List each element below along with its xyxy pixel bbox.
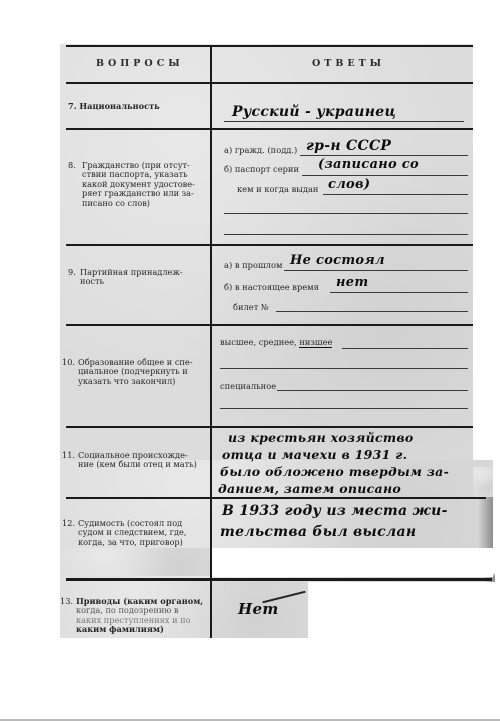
education-special-underline	[277, 390, 468, 391]
row10-bottom-border	[66, 426, 473, 428]
social-origin-line-2: отца и мачехи в 1931 г.	[222, 447, 407, 462]
party-present-value: нет	[336, 275, 368, 290]
issued-by-value: слов)	[328, 177, 370, 192]
question-13: 13.Приводы (каким органом, когда, по под…	[60, 597, 206, 635]
passport-series-underline	[302, 175, 468, 176]
party-present-label: б) в настоящее время	[224, 282, 319, 292]
row11-bottom-border	[66, 497, 486, 499]
party-past-value: Не состоял	[290, 253, 385, 268]
question-7: 7. Национальность	[68, 102, 160, 111]
row12-answer-blank	[212, 548, 493, 577]
passport-series-value: (записано со	[318, 157, 419, 172]
citizenship-label: а) гражд. (подд.)	[224, 145, 297, 155]
question-number: 11.	[62, 451, 78, 460]
question-10: 10.Образование общее и спе- циальное (по…	[62, 358, 206, 386]
question-text-line: когда, за что, приговор)	[62, 538, 206, 547]
question-text-line: ность	[68, 277, 206, 286]
question-9: 9.Партийная принадлеж- ность	[68, 268, 206, 287]
form-sheet-row12-left	[60, 548, 210, 579]
question-text: Национальность	[79, 101, 159, 111]
question-text-line: указать что закончил)	[62, 377, 206, 386]
party-card-underline	[276, 311, 468, 312]
row7-bottom-border	[66, 128, 473, 130]
question-11: 11.Социальное происхожде- ние (кем были …	[62, 451, 206, 470]
header-answers: ОТВЕТЫ	[312, 58, 385, 69]
education-level-underline	[342, 348, 468, 349]
row8-blank-line-2	[224, 234, 468, 235]
criminal-record-line-1: В 1933 году из места жи-	[222, 503, 448, 519]
question-text-line: каким фамилиям)	[60, 625, 206, 634]
question-number: 13.	[60, 597, 76, 606]
party-past-label: а) в прошлом	[224, 260, 282, 270]
row8-bottom-border	[66, 244, 473, 246]
answer-7-nationality: Русский - украинец	[232, 104, 396, 120]
education-blank-line-2	[220, 408, 468, 409]
social-origin-line-3: было обложено твердым за-	[220, 464, 449, 479]
party-present-underline	[330, 292, 468, 293]
education-special-label: специальное	[220, 381, 276, 391]
header-questions: ВОПРОСЫ	[96, 58, 184, 69]
answer-7-underline	[224, 121, 464, 122]
issued-by-underline	[323, 194, 468, 195]
education-level-label: высшее, среднее, низшее	[220, 337, 332, 347]
row12-bottom-border	[66, 578, 492, 581]
question-number: 12.	[62, 519, 78, 528]
party-card-label: билет №	[233, 302, 269, 312]
question-12: 12.Судимость (состоял под судом и следст…	[62, 519, 206, 547]
criminal-record-line-2: тельства был выслан	[220, 524, 416, 540]
citizenship-value: гр-н СССР	[306, 138, 391, 154]
education-level-selected: низшее	[299, 337, 332, 348]
form-sheet-row11-ext	[473, 467, 493, 497]
row8-blank-line-1	[224, 213, 468, 214]
party-past-underline	[284, 270, 468, 271]
question-text-line: ние (кем были отец и мать)	[62, 460, 206, 469]
header-bottom-border	[66, 82, 473, 84]
education-blank-line	[220, 368, 468, 369]
question-number: 9.	[68, 268, 80, 277]
passport-series-label: б) паспорт серии	[224, 164, 299, 174]
arrests-value: Нет	[238, 600, 279, 618]
issued-by-label: кем и когда выдан	[237, 184, 318, 194]
row9-bottom-border	[66, 324, 473, 326]
education-level-options: высшее, среднее,	[220, 337, 299, 347]
table-top-border	[66, 45, 473, 47]
question-text-line: писано со слов)	[68, 199, 206, 208]
social-origin-line-1: из крестьян хозяйство	[228, 430, 414, 445]
social-origin-line-4: данием, затем описано	[218, 481, 401, 496]
question-number: 7.	[68, 101, 77, 111]
question-number: 8.	[68, 161, 82, 170]
question-number: 10.	[62, 358, 78, 367]
citizenship-underline	[300, 155, 468, 156]
question-8: 8.Гражданство (при отсут- ствии паспорта…	[68, 161, 206, 208]
